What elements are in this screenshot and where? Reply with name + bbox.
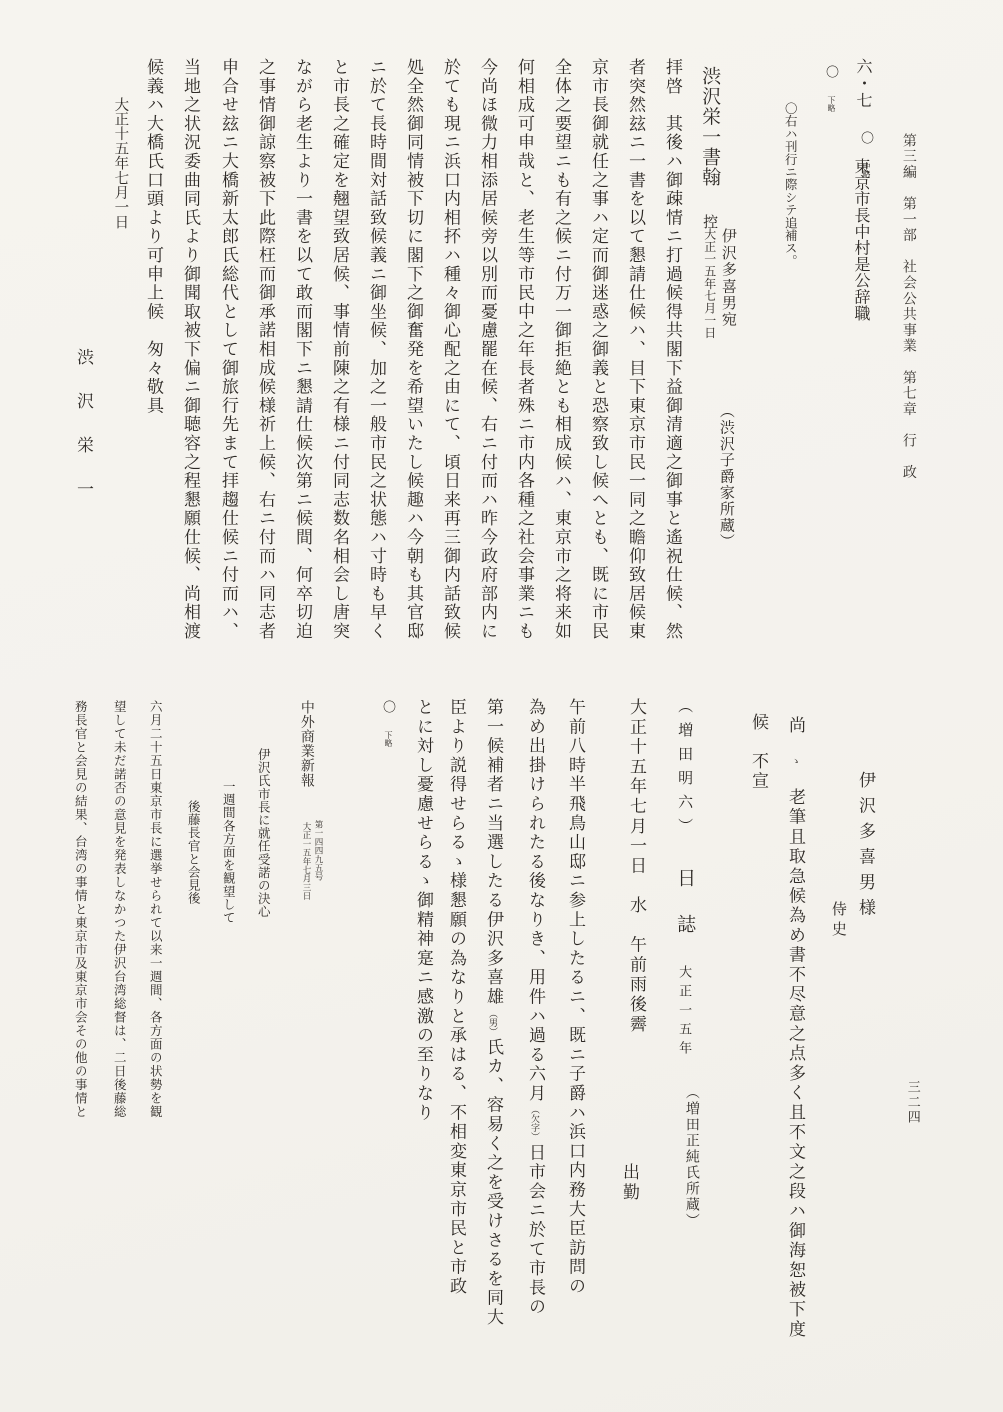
newspaper-subheadline: 一週間各方面を観望して: [221, 780, 234, 924]
diary-body-column: 為め出掛けられたる後なりき、用件ハ過る六月︵欠字︶日市会ニ於て市長の: [526, 698, 544, 1317]
letter-body-column: 処全然御同情被下切に閣下之御奮発を希望いたし候趣ハ今朝も其官邸: [404, 58, 422, 641]
newspaper-body-column: 六月二十五日東京市長に選挙せられて以来一週間、各方面の状勢を観: [148, 700, 161, 1119]
editorial-note: 〇右ハ刊行ニ際シテ追補ス。: [783, 102, 796, 267]
omission-marker-diary: 〇 下略: [379, 700, 396, 747]
diary-source-note: ︵増田正純氏所蔵︶: [683, 1085, 698, 1229]
diary-text: 氏カ、容易く之を受けさるを同大: [484, 1038, 503, 1328]
omission-marker-bottom: 〇 下略: [822, 65, 839, 112]
letter-body-column: ながら老生より一書を以て敢而閣下ニ懇請仕候次第ニ候間、何卒切迫: [293, 58, 311, 641]
diary-body-column: 午前八時半飛鳥山邸ニ参上したるニ、既ニ子爵ハ浜口内務大臣訪問の: [566, 698, 584, 1300]
postscript-head: 尚: [786, 716, 805, 733]
letter-body-column: 何相成可申哉と、老生等市民中之年長者殊ニ市内各種之社会事業ニも: [515, 58, 533, 641]
letter-closing: 候 不宣: [749, 713, 767, 791]
omission-label: 下略: [384, 731, 393, 747]
letter-signature: 渋 沢 栄 一: [74, 348, 92, 502]
letter-body-column: と市長之確定を翹望致居候、事情前陳之有様ニ付同志数名相会し唐突: [330, 58, 348, 641]
omission-circle: 〇: [381, 700, 396, 713]
omission-circle: 〇: [824, 65, 839, 78]
newspaper-body-column: 望して未だ諾否の意見を発表しなかつた伊沢台湾総督は、二日後藤総: [112, 700, 125, 1119]
omission-label: 下略: [827, 96, 836, 112]
letter-body-column: 於ても現ニ浜口内相抔ハ種々御心配之由にて、頃日来再三御内話致候: [441, 58, 459, 641]
letter-body-column: 者突然玆ニ一書を以て懇請仕候ハ、目下東京市民一同之瞻仰致居候東: [626, 58, 644, 641]
book-page: 第三編 第一部 社会公共事業 第七章 行 政 三二四 六・七 〇 中略 東京市長…: [0, 0, 1003, 1412]
page-number: 三二四: [906, 1080, 920, 1125]
letter-heading-text: 渋沢栄一書翰: [699, 66, 720, 187]
diary-text: 第一候補者ニ当選したる伊沢多喜雄: [484, 698, 503, 1007]
diary-heading: ︵増田明六︶ 日 誌 大正一五年: [674, 698, 694, 1060]
letter-addressee-note: 伊沢多喜男宛: [719, 228, 735, 328]
letter-body-column: 拝啓 其後ハ御疎情ニ打過候得共閣下益御清適之御事と遙祝仕候、然: [663, 58, 681, 641]
diary-text: とに対し憂慮せらるゝ御精神寔ニ感激の至りなり: [414, 698, 433, 1123]
inline-note: ︵欠字︶: [530, 1105, 540, 1141]
diary-text: 為め出掛けられたる後なりき、用件ハ過る六月: [526, 698, 545, 1103]
letter-body-column: 京市長御就任之事ハ定而御迷惑之御義と恐察致し候へとも、既に市民: [589, 58, 607, 641]
letter-body-column: 申合せ玆ニ大橋新太郎氏総代として御旅行先まて拝趨仕候ニ付而ハ、: [219, 58, 237, 641]
letter-body-column: ニ於て長時間対話致候義ニ御坐候、加之一般市民之状態ハ寸時も早く: [367, 58, 385, 641]
diary-body-column: 臣より説得せらるゝ様懇願の為なりと承はる、不相変東京市民と市政: [447, 698, 465, 1300]
letter-side-note: 侍史: [829, 901, 845, 941]
diary-attendance: 出勤: [620, 1163, 638, 1203]
inline-note: ︵男︶: [488, 1009, 498, 1036]
diary-text: 午前八時半飛鳥山邸ニ参上したるニ、既ニ子爵ハ浜口内務大臣訪問の: [566, 698, 585, 1296]
running-head: 第三編 第一部 社会公共事業 第七章 行 政: [900, 133, 915, 481]
diary-text: 臣より説得せらるゝ様懇願の為なりと承はる、不相変東京市民と市政: [447, 698, 466, 1296]
letter-body-column: 全体之要望ニも有之候ニ付万一御拒絶とも相成候ハ、東京市之将来如: [552, 58, 570, 641]
diary-body-column: 第一候補者ニ当選したる伊沢多喜雄︵男︶氏カ、容易く之を受けさるを同大: [484, 698, 502, 1327]
diary-date-line: 大正十五年七月一日 水 午前雨後霽: [627, 698, 645, 1035]
newspaper-name: 中外商業新報: [298, 700, 313, 788]
diary-text: 日市会ニ於て市長の: [526, 1143, 545, 1317]
newspaper-body-column: 務長官と会見の結果、台湾の事情と東京市及東京市会その他の事情と: [73, 700, 86, 1119]
letter-heading: 渋沢栄一書翰 控: [699, 66, 719, 229]
section-title: 東京市長中村是公辞職: [851, 158, 868, 321]
letter-postscript-column: 尚 ゝ 老筆且取急候為め書不尽意之点多く且不文之段ハ御海恕被下度: [786, 716, 804, 1340]
iteration-mark: ゝ: [789, 755, 801, 766]
newspaper-subheadline-2: 後藤長官と会見後: [186, 800, 199, 905]
letter-body-column: 之事情御諒察被下此際枉而御承諾相成候様祈上候、右ニ付而ハ同志者: [256, 58, 274, 641]
newspaper-date-note: 大正一五年七月三日: [302, 822, 311, 900]
letter-source-note: ︵渋沢子爵家所蔵︶: [717, 403, 733, 550]
letter-body-column: 候義ハ大橋氏口頭より可申上候 匆々敬具: [144, 58, 162, 415]
newspaper-headline: 伊沢氏市長に就任受諾の決心: [256, 748, 269, 918]
diary-era-note: 大正一五年: [677, 965, 692, 1060]
letter-body-column: 今尚ほ微力相添居候旁以別而憂慮罷在候、右ニ付而ハ昨今政府部内に: [478, 58, 496, 641]
letter-heading-suffix: 控: [701, 214, 717, 229]
letter-final-addressee: 伊沢多喜男様: [856, 771, 874, 924]
diary-owner-note: ︵増田明六︶: [676, 698, 692, 842]
letter-date-line: 大正十五年七月一日: [112, 97, 127, 229]
section-item-number: 六・七: [853, 58, 870, 109]
diary-body-column: とに対し憂慮せらるゝ御精神寔ニ感激の至りなり: [414, 698, 432, 1127]
omission-circle: 〇: [859, 131, 874, 144]
letter-date-note: 大正一五年七月一日: [703, 228, 716, 339]
diary-title: 日 誌: [674, 868, 695, 937]
postscript-text: 老筆且取急候為め書不尽意之点多く且不文之段ハ御海恕被下度: [786, 788, 805, 1340]
newspaper-issue-note: 第一四四九五号: [314, 820, 323, 881]
letter-body-column: 当地之状況委曲同氏より御聞取被下偏ニ御聴容之程懇願仕候、尚相渡: [181, 58, 199, 641]
